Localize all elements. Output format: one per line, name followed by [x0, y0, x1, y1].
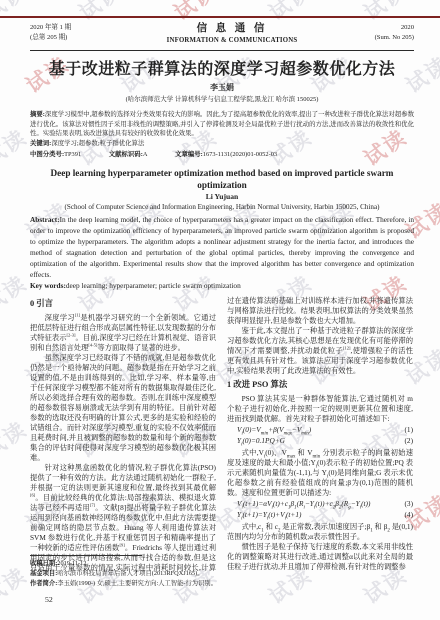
paper-page: 试读试读试读试读试读试读试读试读试读试读试读试读试读试读试读试读试读试读试读试读…: [0, 0, 440, 620]
equation-1: Vi(0)=Vmin+β(Vmax−Vmin) (1): [227, 425, 413, 436]
author-bio-line: 作者简介:李玉娟(1990-) 女,硕士,主要研究方向:人工智能-行为识别。: [30, 579, 298, 589]
equation-3-number: (3): [404, 499, 413, 510]
keywords-text-en: deep learning; hyperparameter; particle …: [66, 281, 241, 290]
article-title-en: Deep learning hyperparameter optimizatio…: [30, 167, 414, 191]
body-columns: 0 引言 深度学习[1]是机器学习研究的一个全新领域。它通过把低层特征进行组合形…: [30, 296, 414, 572]
abstract-label-cn: 摘要:: [30, 111, 45, 118]
page-number: 52: [45, 595, 53, 604]
footnote-block: 收稿日期:2019-11-12 基金项目:哈尔滨市科技局青年后备人才项目(201…: [30, 555, 298, 588]
abstract-cn: 摘要:深度学习模型中,超参数的选择对分类效果有较大的影响。因此,为了提高超参数优…: [30, 110, 414, 139]
equation-4-number: (4): [404, 510, 413, 521]
article-id: 文章编号:1673-1131(2020)01-0052-03: [175, 150, 277, 160]
equation-1-number: (1): [404, 425, 413, 436]
affiliation-cn: (哈尔滨师范大学 计算机科学与信息工程学院,黑龙江 哈尔滨 150025): [30, 95, 414, 104]
equation-4: Yi(t+1)=Yi(t)+Vi(t+1) (4): [227, 510, 413, 521]
author-name-cn: 李玉娟: [30, 83, 414, 93]
section-heading-0: 0 引言: [30, 298, 216, 309]
equation-3: Vi(t+1)=αVi(t)+c1β1(Ri−Yi(t))+c2β2(Rg−Yi…: [227, 499, 413, 510]
right-column: 过在遗传算法的基础上对训练样本进行加权,并将遗传算法与网格算法进行比较。结果表明…: [227, 296, 413, 572]
keywords-text-cn: 深度学习;超参数;粒子群优化算法: [51, 140, 144, 147]
equation-2-expression: Yi(0)=0.1PQ+G: [227, 436, 285, 447]
abstract-text-cn: 深度学习模型中,超参数的选择对分类效果有较大的影响。因此,为了提高超参数优化的效…: [30, 111, 414, 137]
section-heading-1: 1 改进 PSO 算法: [227, 379, 413, 390]
equation-2-number: (2): [404, 436, 413, 447]
equation-4-expression: Yi(t+1)=Yi(t)+Vi(t+1): [227, 510, 301, 521]
article-title-cn: 基于改进粒子群算法的深度学习超参数优化方法: [30, 59, 414, 80]
affiliation-en: (School of Computer Science and Informat…: [30, 202, 414, 212]
right-paragraph-2: 鉴于此,本文提出了一种基于改进粒子群算法的深度学习超参数优化方法,其核心思想是在…: [227, 326, 413, 376]
abstract-text-en: In the deep learning model, the choice o…: [30, 215, 414, 279]
received-date-line: 收稿日期:2019-11-12: [30, 559, 298, 569]
left-paragraph-1: 深度学习[1]是机器学习研究的一个全新领域。它通过把低层特征进行组合形成高层属性…: [30, 313, 216, 353]
abstract-en: Abstract:In the deep learning model, the…: [30, 214, 414, 280]
author-name-en: Li Yujuan: [30, 192, 414, 202]
right-paragraph-5: 式中,c1 和 c2 是正常数,表示加速度因子;β1 和 β2 是(0,1)范围…: [227, 522, 413, 542]
clc-number: 中图分类号:TP391: [30, 150, 81, 160]
article-content: 基于改进粒子群算法的深度学习超参数优化方法 李玉娟 (哈尔滨师范大学 计算机科学…: [0, 0, 440, 572]
left-column: 0 引言 深度学习[1]是机器学习研究的一个全新领域。它通过把低层特征进行组合形…: [30, 296, 216, 572]
document-code: 文献标识码:A: [109, 150, 148, 160]
right-paragraph-3: PSO 算法其实是一种群体智能算法,它通过随机对 m 个粒子进行初始化,并按照一…: [227, 394, 413, 424]
right-paragraph-4: 式中,Vi(0)、Vmax 和 Vmin 分别表示粒子的向量初始速度及速度的最大…: [227, 448, 413, 498]
footnote-divider: [30, 555, 142, 556]
equation-1-expression: Vi(0)=Vmin+β(Vmax−Vmin): [227, 425, 311, 436]
equation-3-expression: Vi(t+1)=αVi(t)+c1β1(Ri−Yi(t))+c2β2(Rg−Yi…: [227, 499, 370, 510]
classification-line: 中图分类号:TP391 文献标识码:A 文章编号:1673-1131(2020)…: [30, 150, 414, 160]
keywords-label-cn: 关键词:: [30, 140, 51, 147]
keywords-en: Key words:deep learning; hyperparameter;…: [30, 280, 414, 291]
abstract-label-en: Abstract:: [30, 215, 60, 224]
right-paragraph-1: 过在遗传算法的基础上对训练样本进行加权,并将遗传算法与网格算法进行比较。结果表明…: [227, 296, 413, 326]
left-paragraph-2: 虽然深度学习已经取得了不错的成就,但是超参数优化仍然是一个亟待解决的问题。超参数…: [30, 353, 216, 463]
fund-project-line: 基金项目:哈尔滨市科技局青年后备人才项目(2013RFQXJ165)。: [30, 569, 298, 579]
equation-2: Yi(0)=0.1PQ+G (2): [227, 436, 413, 447]
keywords-cn: 关键词:深度学习;超参数;粒子群优化算法: [30, 139, 414, 149]
keywords-label-en: Key words:: [30, 281, 66, 290]
